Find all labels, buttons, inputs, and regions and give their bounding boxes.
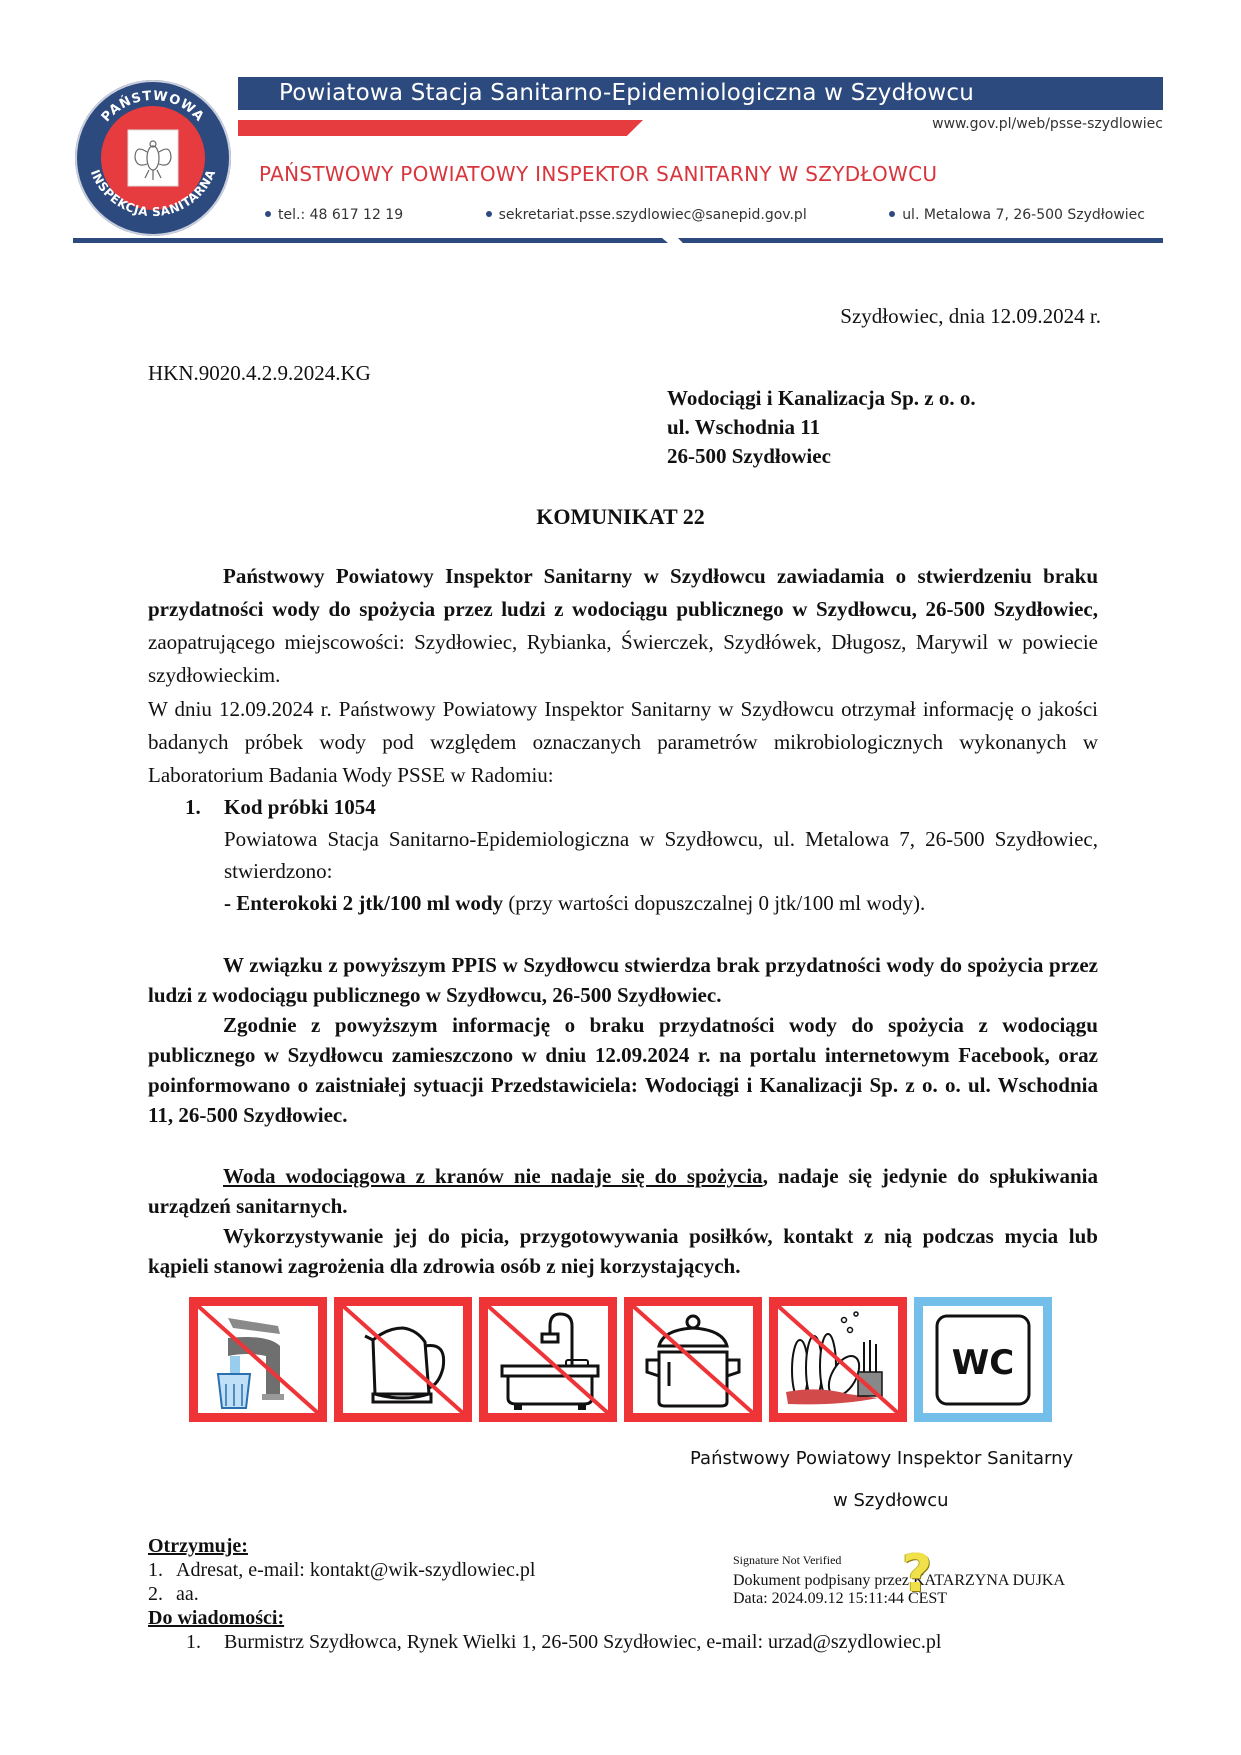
contact-phone: tel.: 48 617 12 19 (265, 207, 403, 223)
list-item: 1.Burmistrz Szydłowca, Rynek Wielki 1, 2… (148, 1630, 941, 1654)
list-item: 1. Kod próbki 1054 Powiatowa Stacja Sani… (185, 791, 1098, 919)
station-name-banner: Powiatowa Stacja Sanitarno-Epidemiologic… (238, 77, 1163, 110)
bullet-icon (486, 211, 492, 217)
no-bathing-icon (479, 1297, 617, 1422)
distribution-list: Otrzymuje: 1.Adresat, e-mail: kontakt@wi… (148, 1534, 941, 1654)
addressee-name: Wodociągi i Kanalizacja Sp. z o. o. (667, 384, 976, 413)
contact-address: ul. Metalowa 7, 26-500 Szydłowiec (889, 207, 1145, 223)
bullet-icon (265, 211, 271, 217)
recipients-header: Otrzymuje: (148, 1534, 941, 1558)
place-date: Szydłowiec, dnia 12.09.2024 r. (840, 300, 1101, 333)
document-title: KOMUNIKAT 22 (0, 500, 1241, 533)
paragraph-health-risk: Wykorzystywanie jej do picia, przygotowy… (148, 1221, 1098, 1281)
bullet-icon (889, 211, 895, 217)
list-number: 1. (185, 791, 201, 823)
no-drinking-tap-water-icon (189, 1297, 327, 1422)
sample-code: Kod próbki 1054 (224, 791, 1098, 823)
red-accent-bar (238, 120, 643, 136)
cc-header: Do wiadomości: (148, 1606, 941, 1630)
reference-number: HKN.9020.4.2.9.2024.KG (148, 357, 371, 390)
inspector-title: PAŃSTWOWY POWIATOWY INSPEKTOR SANITARNY … (259, 162, 937, 186)
no-dishwashing-icon (769, 1297, 907, 1422)
pictogram-row: WC (189, 1297, 1052, 1422)
wc-label: WC (952, 1343, 1014, 1383)
list-item: 1.Adresat, e-mail: kontakt@wik-szydlowie… (148, 1558, 941, 1582)
contact-line: tel.: 48 617 12 19 sekretariat.psse.szyd… (265, 207, 1145, 223)
no-cooking-icon (624, 1297, 762, 1422)
paragraph-announcement: Państwowy Powiatowy Inspektor Sanitarny … (148, 560, 1098, 692)
no-kettle-icon (334, 1297, 472, 1422)
letterhead-divider (73, 238, 1163, 243)
addressee-street: ul. Wschodnia 11 (667, 413, 976, 442)
inspection-logo: PAŃSTWOWA INSPEKCJA SANITARNA (73, 78, 233, 238)
signatory-title: Państwowy Powiatowy Inspektor Sanitarny (690, 1448, 1073, 1469)
list-item: 2.aa. (148, 1582, 941, 1606)
sample-list: 1. Kod próbki 1054 Powiatowa Stacja Sani… (185, 791, 1098, 919)
website-link[interactable]: www.gov.pl/web/psse-szydlowiec (932, 116, 1163, 132)
contact-email[interactable]: sekretariat.psse.szydlowiec@sanepid.gov.… (486, 207, 807, 223)
signatory-location: w Szydłowcu (833, 1490, 949, 1511)
addressee-city: 26-500 Szydłowiec (667, 442, 976, 471)
sample-location: Powiatowa Stacja Sanitarno-Epidemiologic… (224, 823, 1098, 887)
wc-icon: WC (914, 1297, 1052, 1422)
paragraph-lab-info: W dniu 12.09.2024 r. Państwowy Powiatowy… (148, 693, 1098, 792)
paragraph-notification: Zgodnie z powyższym informację o braku p… (148, 1010, 1098, 1130)
paragraph-conclusion: W związku z powyższym PPIS w Szydłowcu s… (148, 950, 1098, 1010)
addressee-block: Wodociągi i Kanalizacja Sp. z o. o. ul. … (667, 384, 976, 471)
paragraph-warning: Woda wodociągowa z kranów nie nadaje się… (148, 1161, 1098, 1221)
sample-finding: - Enterokoki 2 jtk/100 ml wody (przy war… (224, 887, 1098, 919)
